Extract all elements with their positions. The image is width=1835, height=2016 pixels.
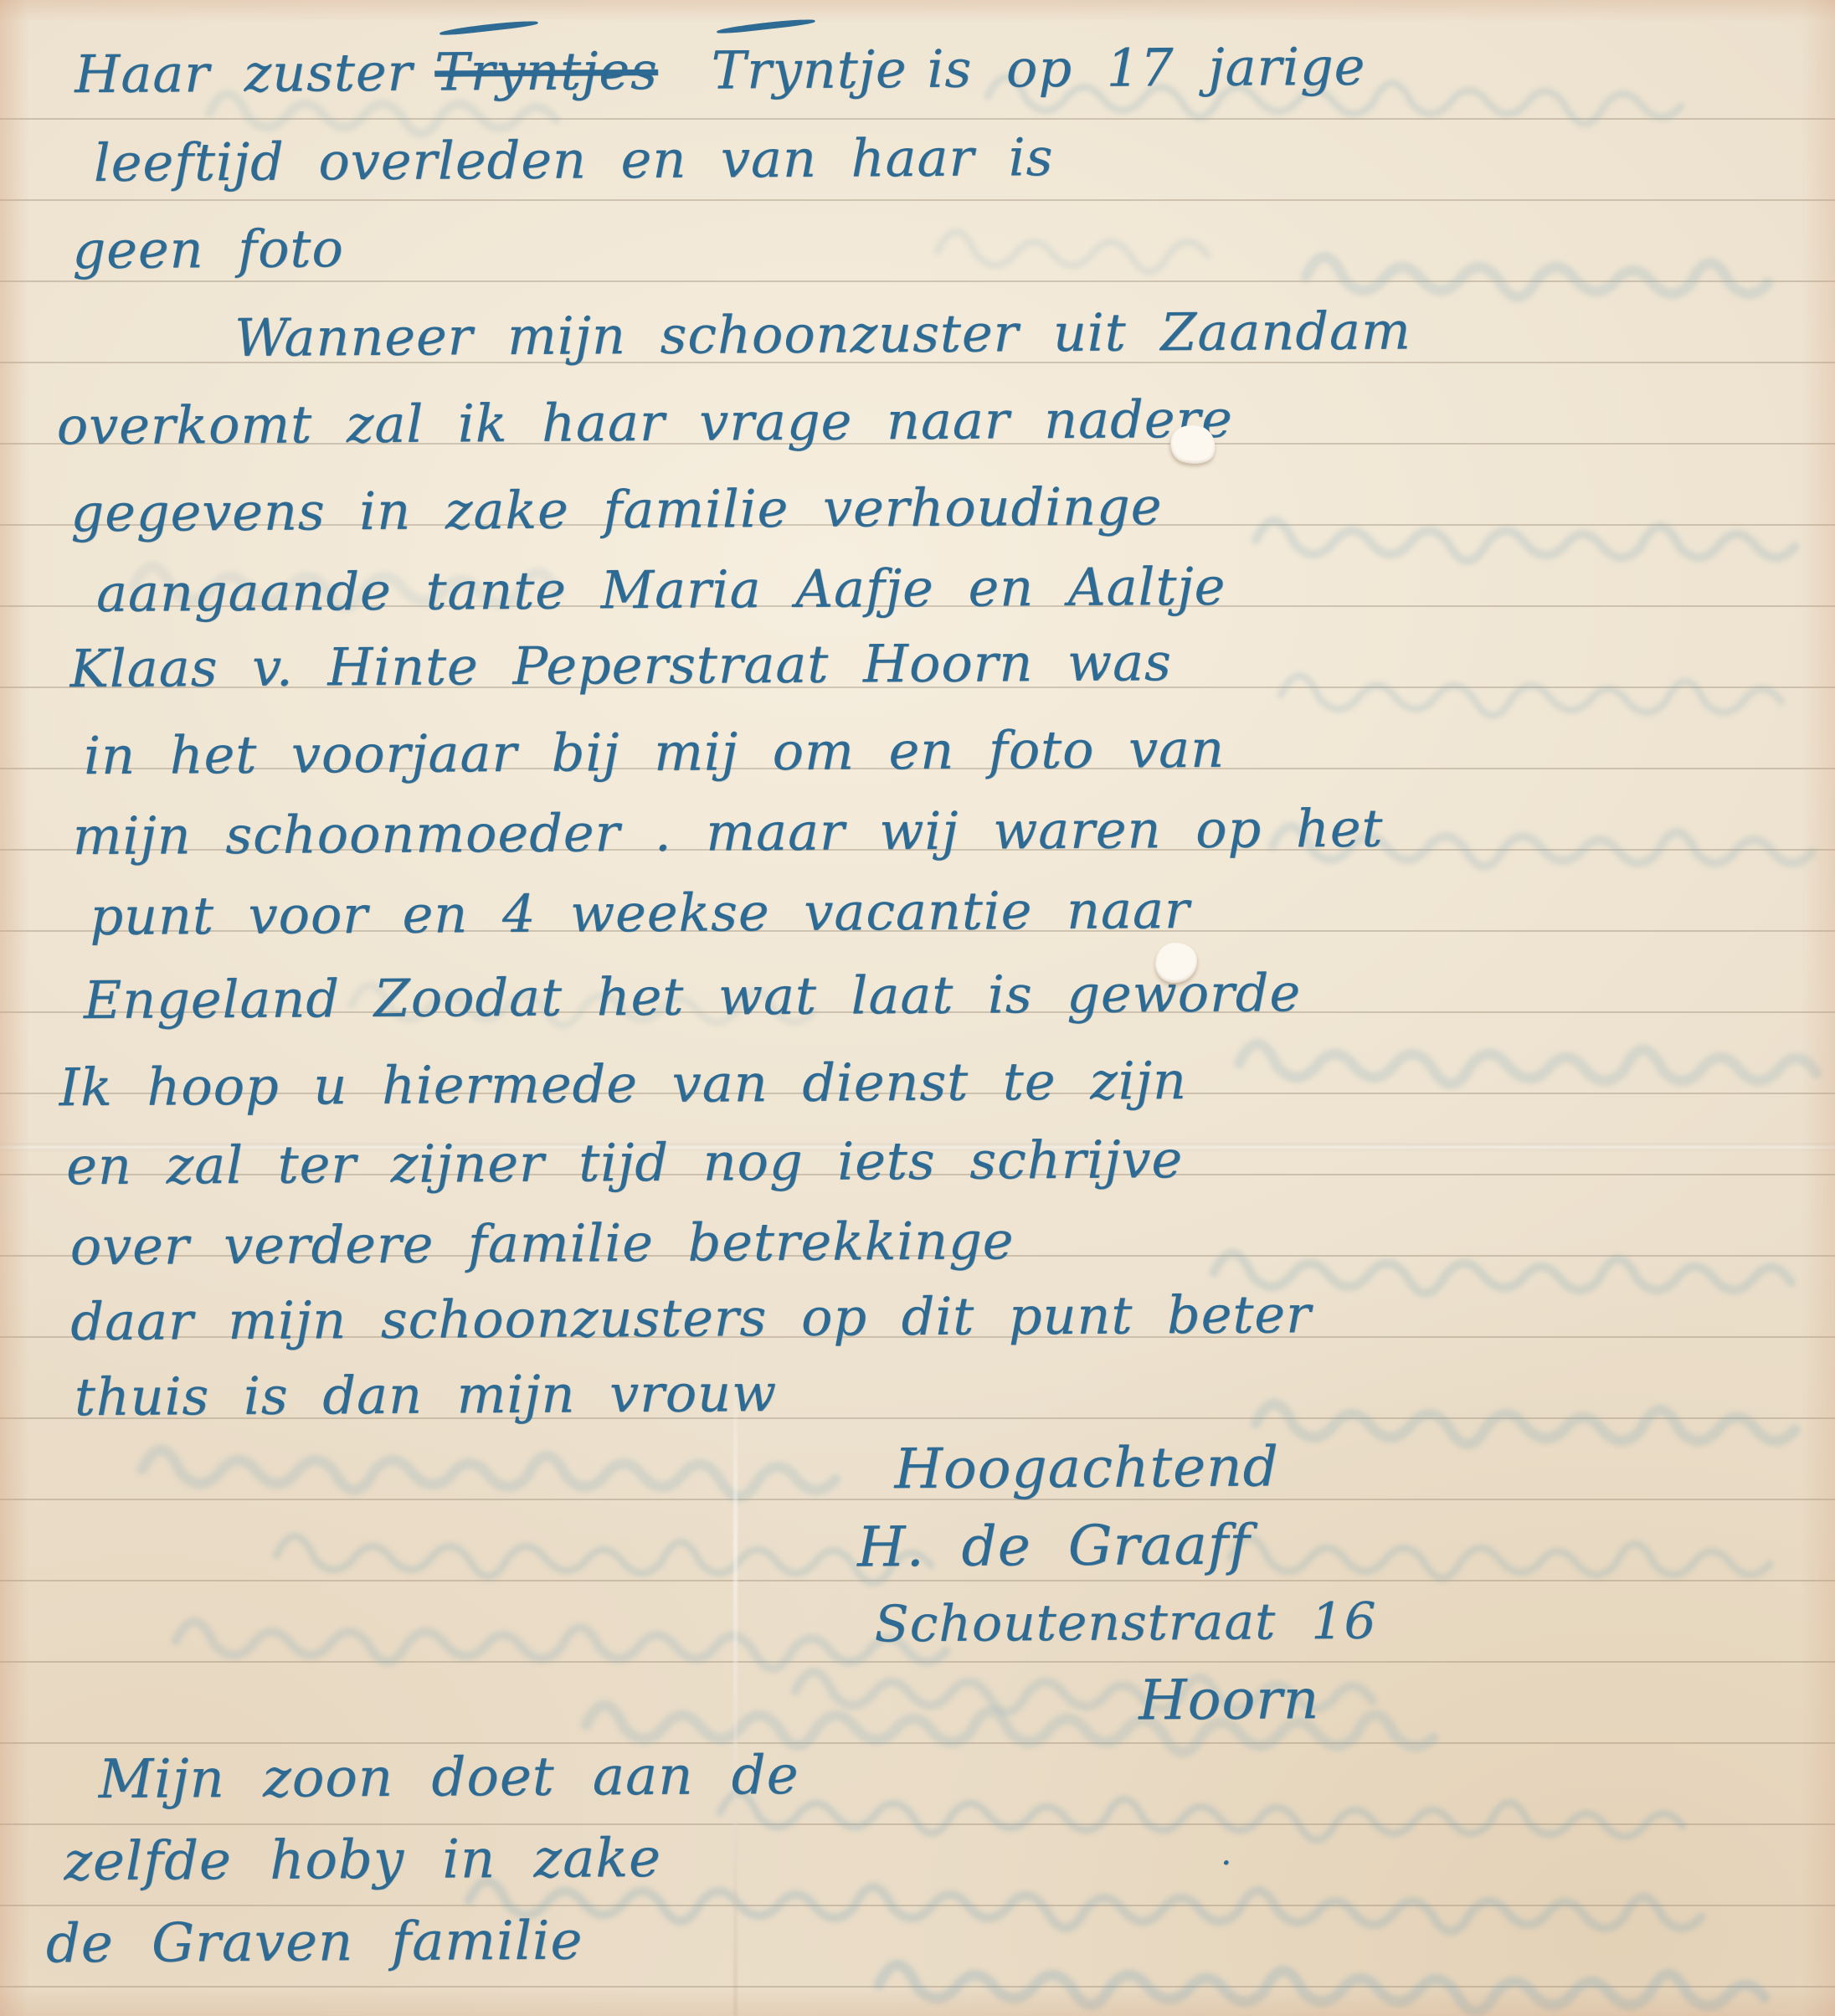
sister-name: Tryntje bbox=[712, 39, 907, 100]
letter-line: Wanneer mijn schoonzuster uit Zaandam bbox=[234, 305, 1411, 364]
postscript-line: de Graven familie bbox=[46, 1914, 583, 1971]
line1-pre: Haar zuster bbox=[75, 42, 413, 105]
address-street: Schoutenstraat 16 bbox=[874, 1597, 1376, 1650]
closing-salutation: Hoogachtend bbox=[894, 1439, 1279, 1497]
signature: H. de Graaff bbox=[857, 1518, 1251, 1576]
postscript-line: zelfde hoby in zake bbox=[64, 1832, 661, 1889]
letter-line: thuis is dan mijn vrouw bbox=[75, 1367, 778, 1423]
address-city: Hoorn bbox=[1139, 1672, 1319, 1728]
line1-post: is op 17 jarige bbox=[927, 36, 1365, 100]
letter-line: Klaas v. Hinte Peperstraat Hoorn was bbox=[69, 636, 1172, 695]
stray-ink-dot: . bbox=[1221, 1837, 1232, 1870]
letter-line: gegevens in zake familie verhoudinge bbox=[70, 481, 1162, 539]
letter-line: mijn schoonmoeder . maar wij waren op he… bbox=[73, 803, 1384, 863]
letter-body: Haar zusterTryntjesTryntjeis op 17 jarig… bbox=[0, 0, 1835, 2016]
letter-line: Ik hoop u hiermede van dienst te zijn bbox=[59, 1055, 1187, 1113]
letter-line: Engeland Zoodat het wat laat is geworde bbox=[84, 967, 1301, 1026]
letter-line: punt voor en 4 weekse vacantie naar bbox=[90, 884, 1190, 943]
strikethrough-word: Tryntjes bbox=[434, 40, 658, 103]
letter-line: geen foto bbox=[72, 223, 344, 276]
letter-line: overkomt zal ik haar vrage naar nadere bbox=[57, 393, 1233, 453]
letter-line: in het voorjaar bij mij om en foto van bbox=[84, 723, 1225, 782]
postscript-line: Mijn zoon doet aan de bbox=[98, 1749, 799, 1807]
letter-line: daar mijn schoonzusters op dit punt bete… bbox=[70, 1288, 1312, 1348]
letter-line: aangaande tante Maria Aafje en Aaltje bbox=[96, 561, 1226, 620]
letter-line: leeftijd overleden en van haar is bbox=[94, 131, 1054, 189]
handwritten-letter-page: Haar zusterTryntjesTryntjeis op 17 jarig… bbox=[0, 0, 1835, 2016]
letter-line: Haar zusterTryntjesTryntjeis op 17 jarig… bbox=[75, 41, 1365, 100]
letter-line: over verdere familie betrekkinge bbox=[70, 1215, 1015, 1273]
letter-line: en zal ter zijner tijd nog iets schrijve bbox=[66, 1134, 1183, 1192]
